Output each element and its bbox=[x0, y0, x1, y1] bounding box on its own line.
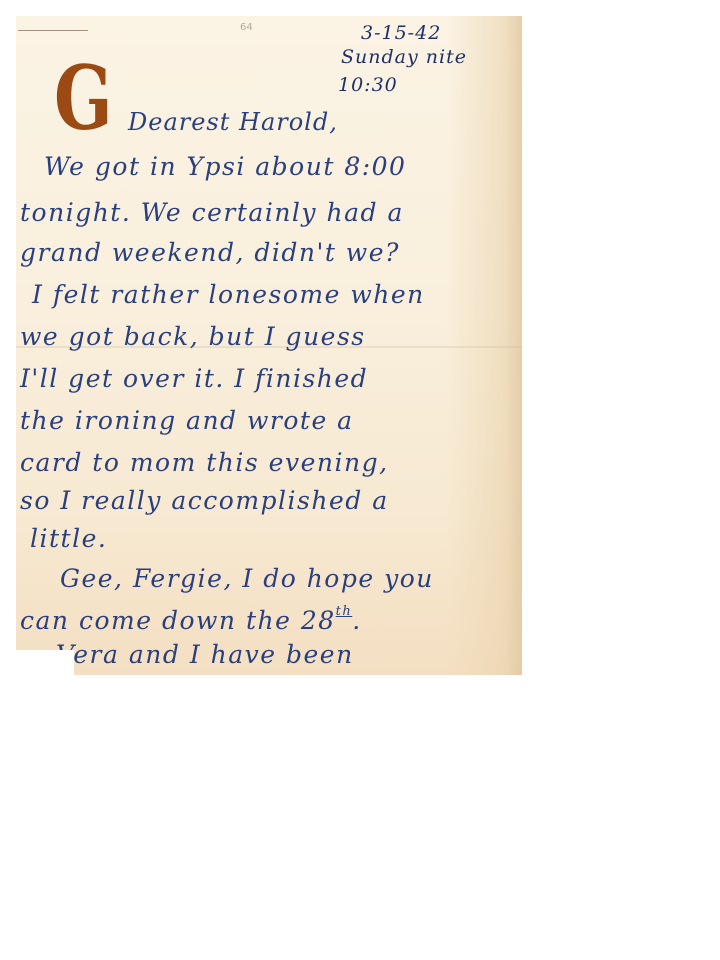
letter-line: I'll get over it. I finished bbox=[20, 364, 368, 393]
line-end-period: . bbox=[352, 606, 361, 635]
letter-line: little. bbox=[30, 524, 107, 553]
torn-corner bbox=[16, 650, 74, 676]
letter-date: 3-15-42 bbox=[361, 22, 441, 44]
salutation: Dearest Harold, bbox=[128, 108, 338, 136]
letter-line: can come down the 28th. bbox=[20, 604, 362, 635]
letter-line: tonight. We certainly had a bbox=[20, 198, 404, 227]
top-left-pencil-mark bbox=[18, 20, 88, 31]
letter-line: so I really accomplished a bbox=[20, 486, 389, 515]
letter-line: Vera and I have been bbox=[56, 640, 354, 669]
letter-line: I felt rather lonesome when bbox=[32, 280, 425, 309]
letter-line: the ironing and wrote a bbox=[20, 406, 354, 435]
letter-page: 64 3-15-42 Sunday nite 10:30 G Dearest H… bbox=[16, 16, 522, 675]
letter-line: card to mom this evening, bbox=[20, 448, 389, 477]
letter-line: we got back, but I guess bbox=[20, 322, 366, 351]
letter-line-text: can come down the 28 bbox=[20, 606, 336, 635]
letter-line: grand weekend, didn't we? bbox=[20, 238, 400, 267]
letter-time: 10:30 bbox=[338, 74, 398, 96]
archive-number: 64 bbox=[240, 22, 253, 33]
letter-day-time: Sunday nite bbox=[341, 46, 467, 68]
ordinal-suffix: th bbox=[336, 604, 353, 619]
letter-line: We got in Ypsi about 8:00 bbox=[44, 152, 406, 181]
letter-line: Gee, Fergie, I do hope you bbox=[60, 564, 434, 593]
monogram-g: G bbox=[54, 54, 113, 142]
